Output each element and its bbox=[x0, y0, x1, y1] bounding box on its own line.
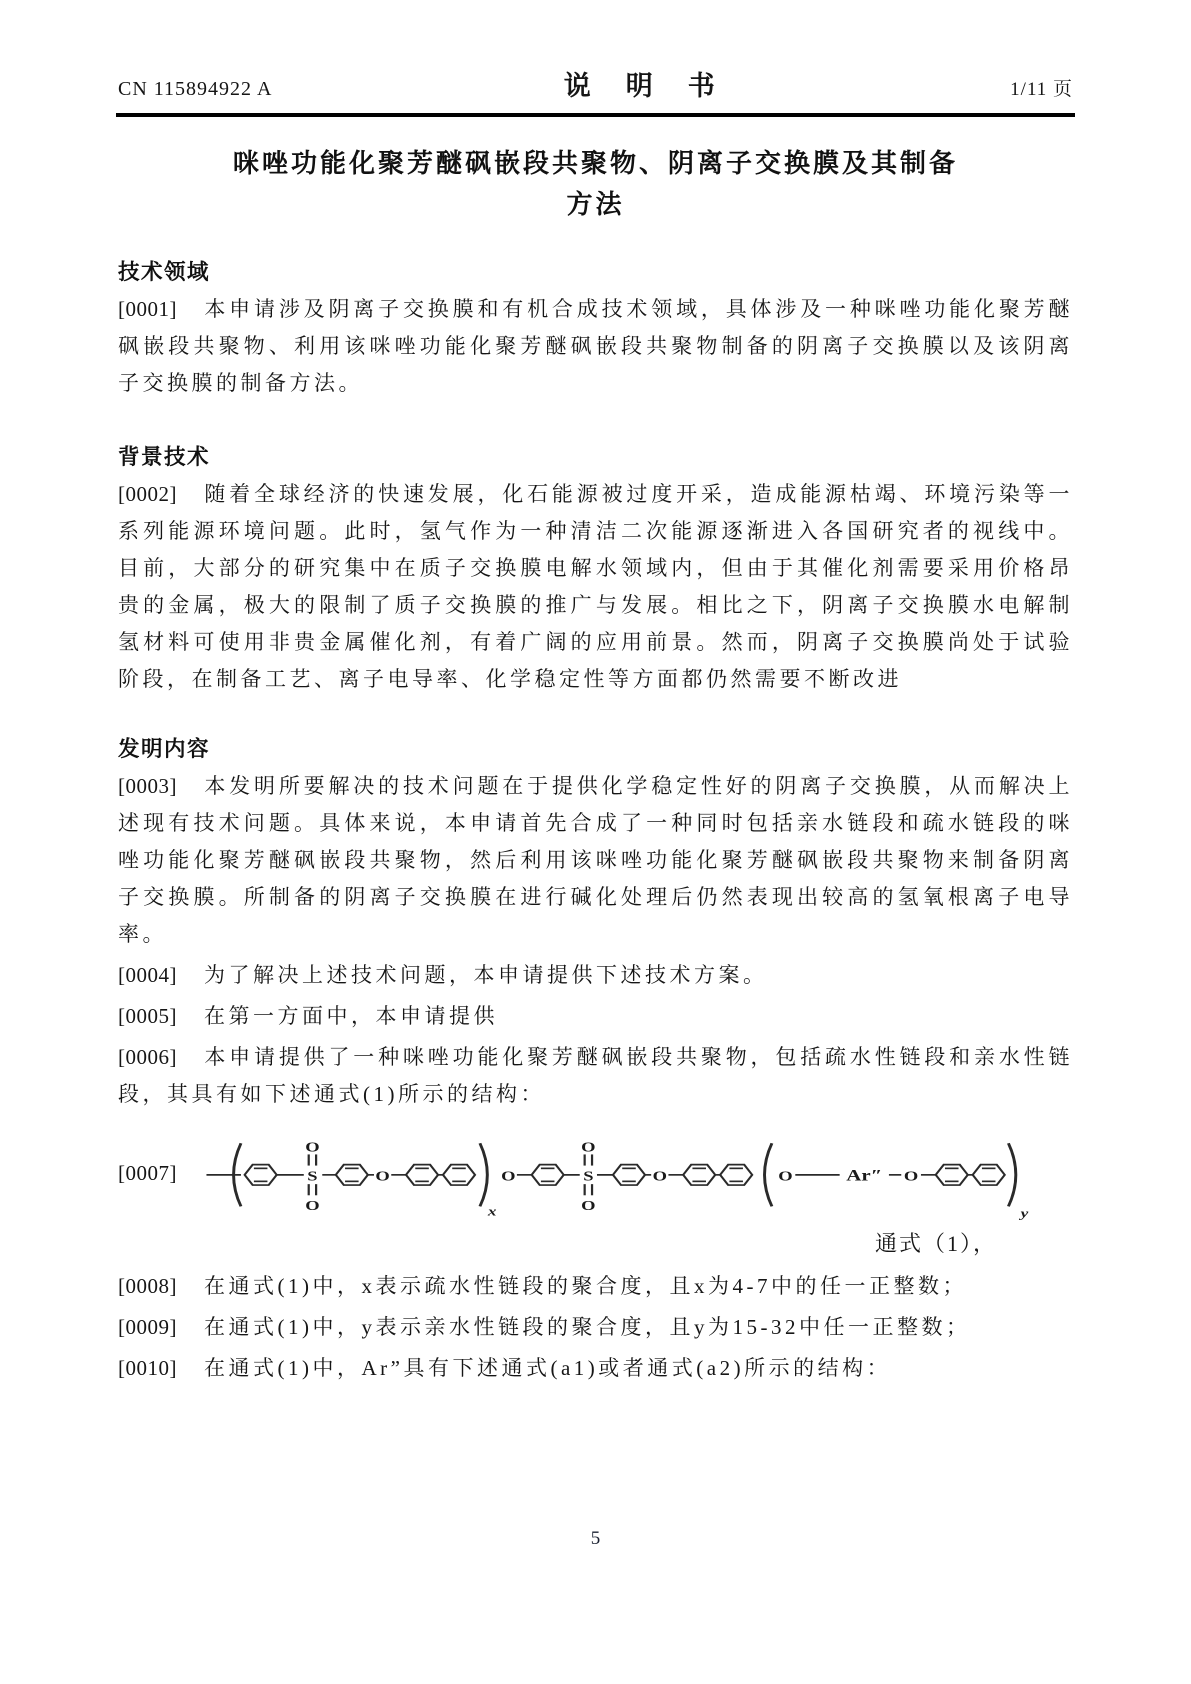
invention-title-line2: 方法 bbox=[130, 184, 1061, 225]
paragraph-text: 在通式(1)中，Ar”具有下述通式(a1)或者通式(a2)所示的结构： bbox=[204, 1356, 891, 1380]
document-type-title: 说 明 书 bbox=[564, 64, 719, 103]
invention-title-line1: 咪唑功能化聚芳醚砜嵌段共聚物、阴离子交换膜及其制备 bbox=[130, 143, 1061, 184]
paragraph-text: 在第一方面中，本申请提供 bbox=[204, 1004, 498, 1028]
paragraph-tag: [0004] bbox=[118, 957, 204, 994]
subscript-y: y bbox=[1018, 1207, 1028, 1221]
paragraph-0008: [0008]在通式(1)中，x表示疏水性链段的聚合度，且x为4-7中的任一正整数… bbox=[118, 1268, 1073, 1305]
atom-o-icon: O bbox=[904, 1168, 918, 1184]
atom-o-icon: O bbox=[653, 1168, 667, 1184]
paragraph-text: 本申请提供了一种咪唑功能化聚芳醚砜嵌段共聚物，包括疏水性链段和亲水性链段，其具有… bbox=[118, 1045, 1073, 1106]
paragraph-text: 在通式(1)中，y表示亲水性链段的聚合度，且y为15-32中任一正整数； bbox=[204, 1315, 970, 1339]
paragraph-text: 本申请涉及阴离子交换膜和有机合成技术领域，具体涉及一种咪唑功能化聚芳醚砜嵌段共聚… bbox=[118, 297, 1073, 395]
paragraph-text: 在通式(1)中，x表示疏水性链段的聚合度，且x为4-7中的任一正整数； bbox=[204, 1274, 967, 1298]
atom-labels: O S O O x O O S O O O Ar″ O y bbox=[305, 1139, 1028, 1221]
paragraph-tag: [0003] bbox=[118, 768, 204, 805]
formula-0007-row: [0007] bbox=[118, 1121, 1073, 1225]
patent-specification-page: CN 115894922 A 说 明 书 1/11 页 咪唑功能化聚芳醚砜嵌段共… bbox=[0, 0, 1191, 1684]
paragraph-tag: [0007] bbox=[118, 1161, 204, 1186]
atom-o-icon: O bbox=[501, 1168, 515, 1184]
invention-title: 咪唑功能化聚芳醚砜嵌段共聚物、阴离子交换膜及其制备 方法 bbox=[130, 143, 1061, 225]
ar-group-label: Ar″ bbox=[846, 1167, 882, 1185]
atom-s-icon: S bbox=[583, 1168, 593, 1184]
paragraph-tag: [0002] bbox=[118, 476, 204, 513]
paragraph-tag: [0010] bbox=[118, 1350, 204, 1387]
paragraph-tag: [0008] bbox=[118, 1268, 204, 1305]
atom-s-icon: S bbox=[307, 1168, 317, 1184]
paragraph-tag: [0001] bbox=[118, 291, 204, 328]
page-content: 技术领域 [0001]本申请涉及阴离子交换膜和有机合成技术领域，具体涉及一种咪唑… bbox=[0, 257, 1191, 1387]
paragraph-0004: [0004]为了解决上述技术问题，本申请提供下述技术方案。 bbox=[118, 957, 1073, 994]
paragraph-text: 为了解决上述技术问题，本申请提供下述技术方案。 bbox=[204, 963, 768, 987]
paragraph-text: 本发明所要解决的技术问题在于提供化学稳定性好的阴离子交换膜，从而解决上述现有技术… bbox=[118, 774, 1073, 946]
atom-o-icon: O bbox=[581, 1139, 595, 1155]
subscript-x: x bbox=[487, 1205, 497, 1219]
header-divider-rule bbox=[116, 113, 1075, 117]
paragraph-0001: [0001]本申请涉及阴离子交换膜和有机合成技术领域，具体涉及一种咪唑功能化聚芳… bbox=[118, 291, 1073, 402]
paragraph-0009: [0009]在通式(1)中，y表示亲水性链段的聚合度，且y为15-32中任一正整… bbox=[118, 1309, 1073, 1346]
paragraph-tag: [0005] bbox=[118, 998, 204, 1035]
page-number: 5 bbox=[0, 1528, 1191, 1550]
page-indicator: 1/11 页 bbox=[1010, 74, 1073, 101]
formula-caption: 通式（1）， bbox=[118, 1227, 997, 1258]
atom-o-icon: O bbox=[375, 1168, 389, 1184]
paragraph-tag: [0006] bbox=[118, 1039, 204, 1076]
atom-o-icon: O bbox=[778, 1168, 792, 1184]
paragraph-0005: [0005]在第一方面中，本申请提供 bbox=[118, 998, 1073, 1035]
paragraph-tag: [0009] bbox=[118, 1309, 204, 1346]
bond-lines bbox=[206, 1143, 1015, 1206]
paragraph-0010: [0010]在通式(1)中，Ar”具有下述通式(a1)或者通式(a2)所示的结构… bbox=[118, 1350, 1073, 1387]
paragraph-text: 随着全球经济的快速发展，化石能源被过度开采，造成能源枯竭、环境污染等一系列能源环… bbox=[118, 482, 1073, 691]
page-header: CN 115894922 A 说 明 书 1/11 页 bbox=[0, 0, 1191, 103]
section-heading-background: 背景技术 bbox=[118, 442, 1073, 472]
paragraph-0006: [0006]本申请提供了一种咪唑功能化聚芳醚砜嵌段共聚物，包括疏水性链段和亲水性… bbox=[118, 1039, 1073, 1113]
atom-o-icon: O bbox=[305, 1139, 319, 1155]
chemical-structure-formula-1: O S O O x O O S O O O Ar″ O y bbox=[204, 1121, 1054, 1225]
section-heading-technical-field: 技术领域 bbox=[118, 257, 1073, 287]
atom-o-icon: O bbox=[581, 1197, 595, 1213]
paragraph-0002: [0002]随着全球经济的快速发展，化石能源被过度开采，造成能源枯竭、环境污染等… bbox=[118, 476, 1073, 698]
section-heading-summary: 发明内容 bbox=[118, 734, 1073, 764]
atom-o-icon: O bbox=[305, 1197, 319, 1213]
paragraph-0003: [0003]本发明所要解决的技术问题在于提供化学稳定性好的阴离子交换膜，从而解决… bbox=[118, 768, 1073, 953]
document-number: CN 115894922 A bbox=[118, 78, 272, 101]
